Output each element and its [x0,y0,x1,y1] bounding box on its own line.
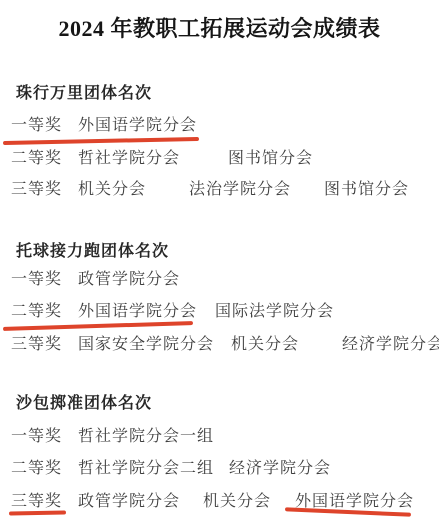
branch-name: 国际法学院分会 [215,302,334,321]
result-row: 一等奖政管学院分会 [11,270,180,289]
result-row: 二等奖哲社学院分会图书馆分会 [11,149,313,168]
branch-name: 机关分会 [231,335,299,354]
award-rank-label: 二等奖 [11,149,62,168]
result-row: 一等奖哲社学院分会一组 [11,427,214,446]
award-rank-label: 三等奖 [11,492,62,511]
event-heading-tuoqiujielipao: 托球接力跑团体名次 [16,242,169,261]
event-heading-shabaozhizhun: 沙包掷准团体名次 [16,394,152,413]
result-row: 二等奖哲社学院分会二组经济学院分会 [11,459,331,478]
branch-name: 经济学院分会 [342,335,439,354]
branch-name: 机关分会 [78,180,146,199]
branch-name: 图书馆分会 [324,180,409,199]
branch-name: 法治学院分会 [189,180,291,199]
award-rank-label: 二等奖 [11,302,62,321]
branch-name: 经济学院分会 [229,459,331,478]
result-row: 三等奖政管学院分会机关分会外国语学院分会 [11,492,414,511]
award-rank-label: 三等奖 [11,180,62,199]
result-row: 三等奖机关分会法治学院分会图书馆分会 [11,180,409,199]
branch-name: 哲社学院分会 [78,149,180,168]
branch-name: 政管学院分会 [78,492,180,511]
branch-name: 图书馆分会 [228,149,313,168]
branch-name: 哲社学院分会一组 [78,427,214,446]
award-rank-label: 一等奖 [11,116,62,135]
page-title: 2024 年教职工拓展运动会成绩表 [0,12,439,43]
result-row: 二等奖外国语学院分会国际法学院分会 [11,302,334,321]
branch-name: 外国语学院分会 [78,302,197,321]
award-rank-label: 一等奖 [11,427,62,446]
award-rank-label: 三等奖 [11,335,62,354]
red-underline-annotation [9,511,66,515]
document-page: 2024 年教职工拓展运动会成绩表 珠行万里团体名次 一等奖外国语学院分会 二等… [0,0,439,517]
event-heading-zhuxingwanli: 珠行万里团体名次 [16,84,152,103]
red-underline-annotation [3,137,199,145]
branch-name: 哲社学院分会二组 [78,459,214,478]
result-row: 三等奖国家安全学院分会机关分会经济学院分会 [11,335,439,354]
branch-name: 政管学院分会 [78,270,180,289]
result-row: 一等奖外国语学院分会 [11,116,197,135]
red-underline-annotation [3,321,193,330]
branch-name: 外国语学院分会 [78,116,197,135]
award-rank-label: 一等奖 [11,270,62,289]
award-rank-label: 二等奖 [11,459,62,478]
branch-name: 国家安全学院分会 [78,335,214,354]
branch-name: 机关分会 [203,492,271,511]
